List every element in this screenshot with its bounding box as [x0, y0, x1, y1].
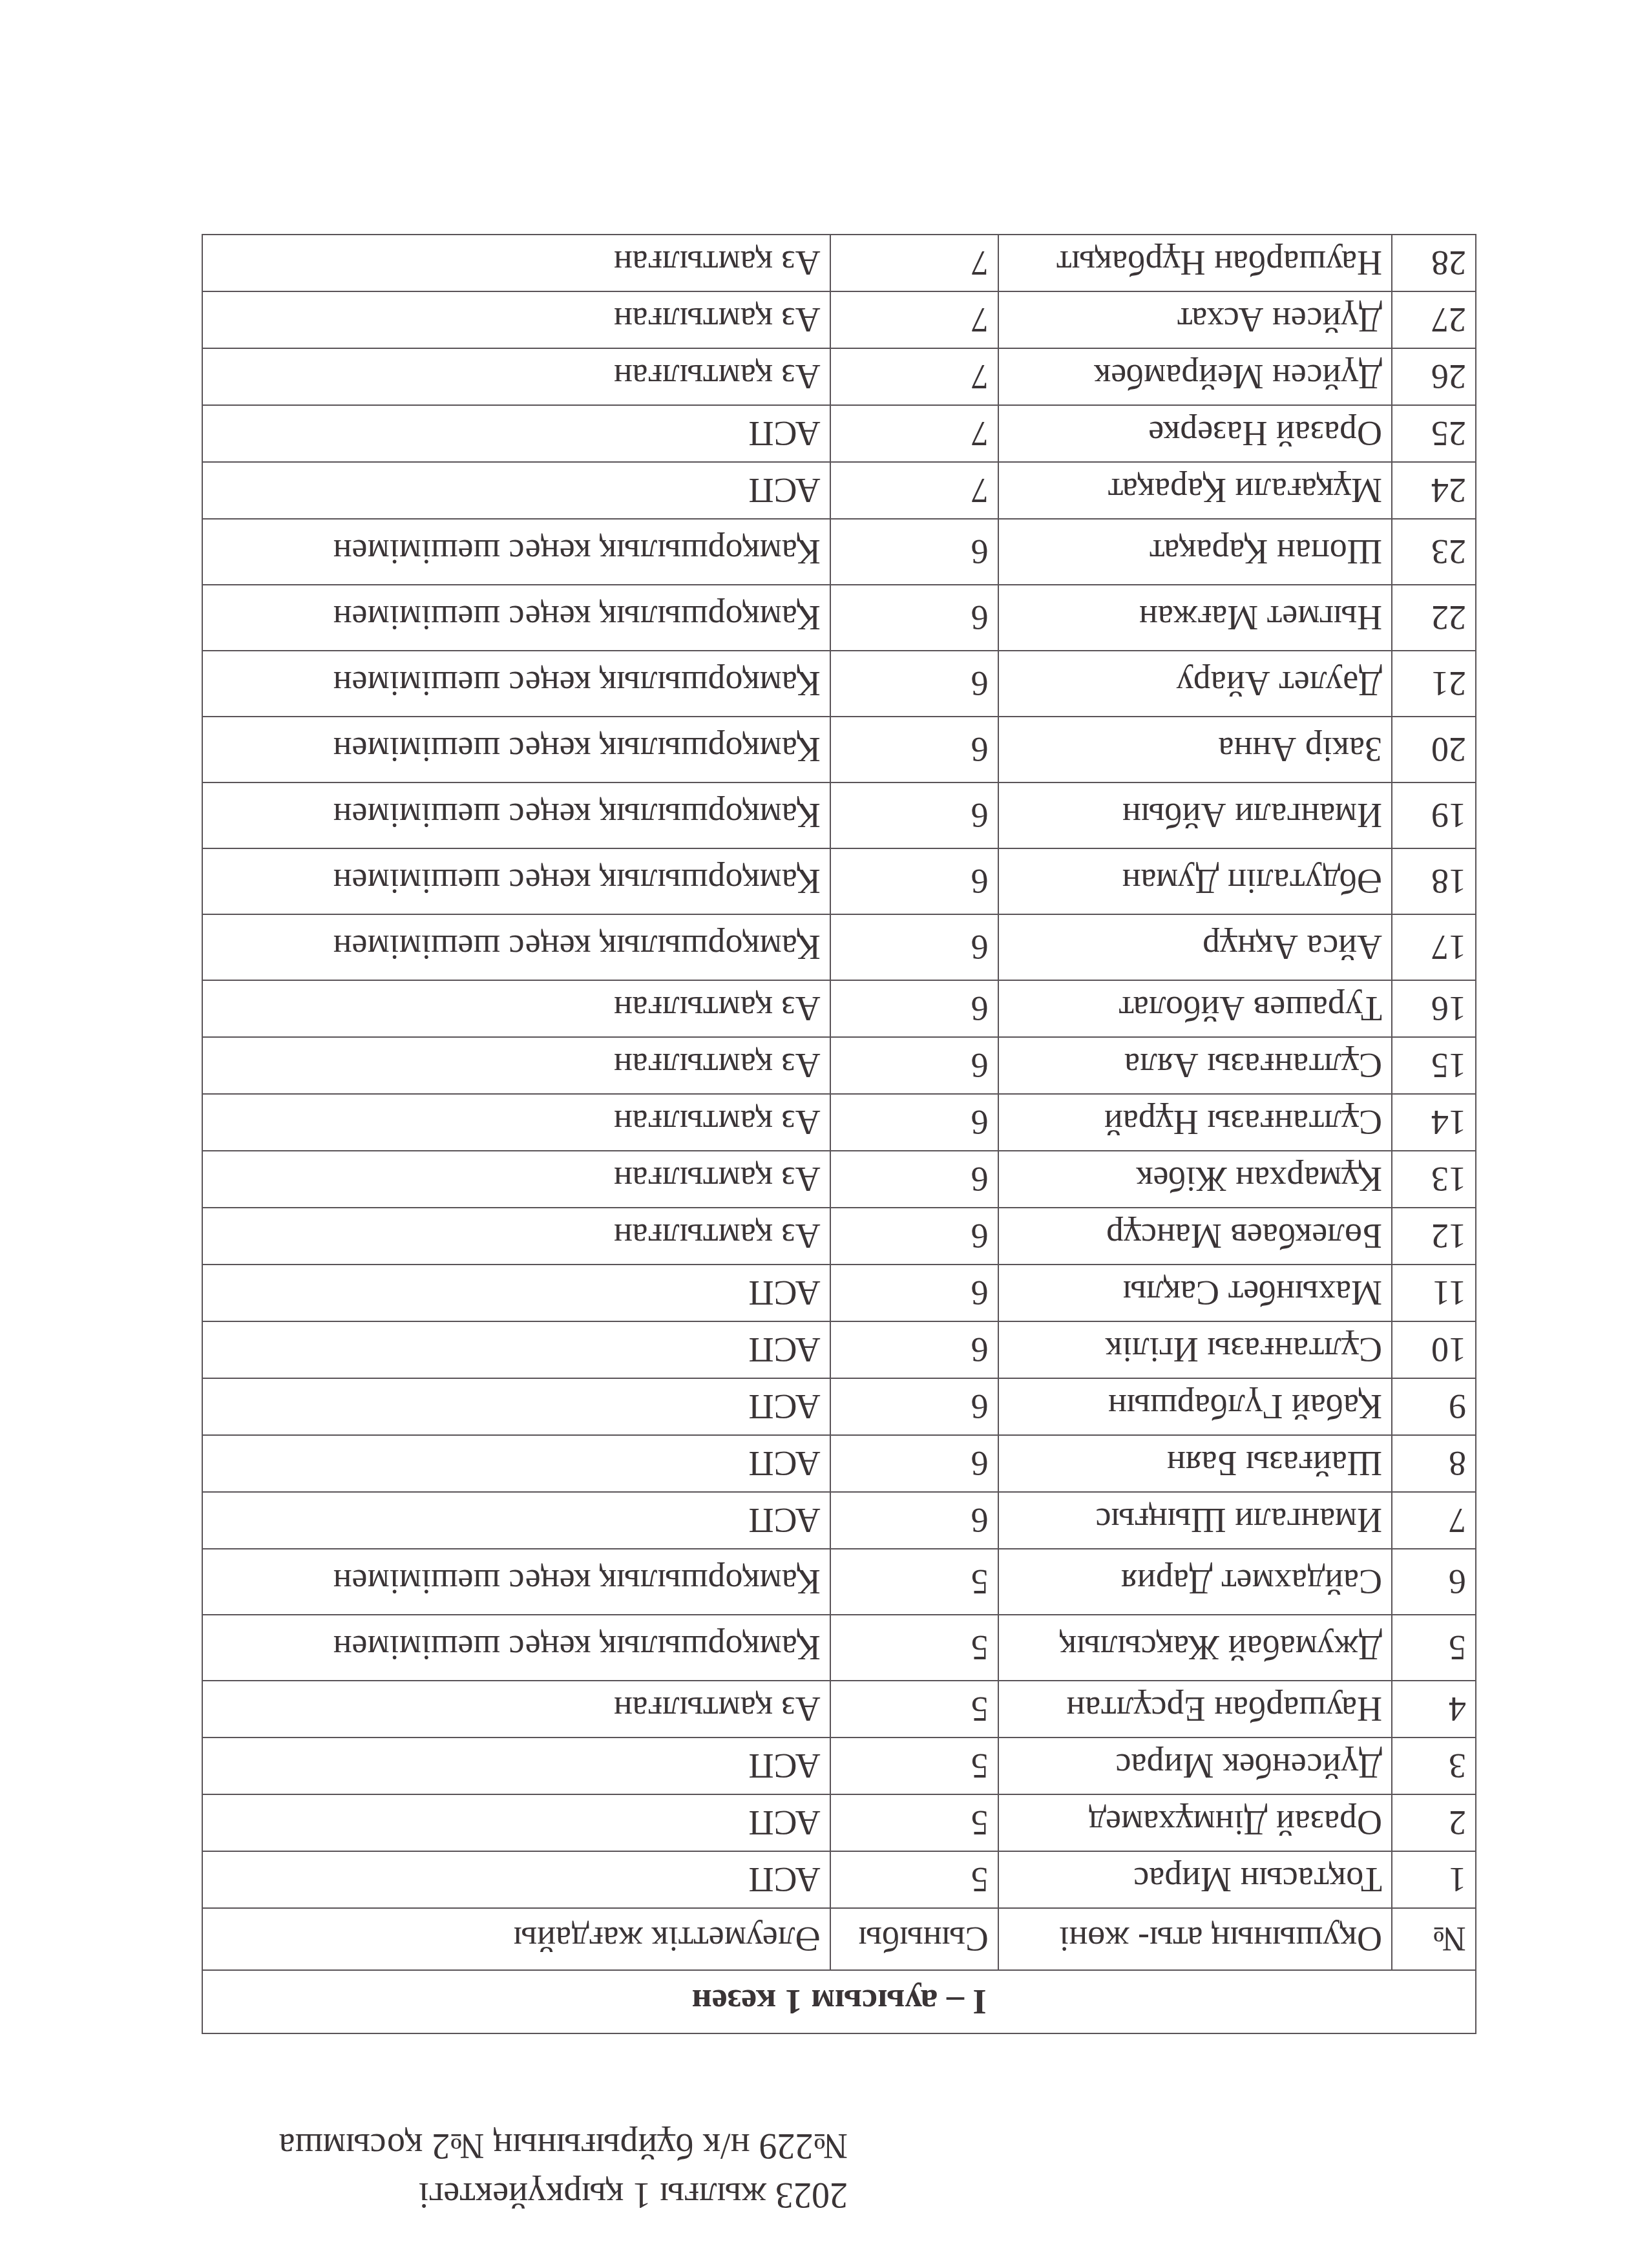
student-name: Әбдуталіп Думан: [998, 848, 1392, 914]
table-row: 2Оразай Дінмұхамед5АСП: [202, 1794, 1476, 1851]
row-number: 13: [1392, 1151, 1476, 1208]
table-row: 15Сұлтанғазы Аяла6Аз қамтылған: [202, 1037, 1476, 1094]
row-number: 11: [1392, 1265, 1476, 1321]
student-name: Дәулет Айару: [998, 651, 1392, 717]
student-grade: 6: [830, 1208, 998, 1265]
social-status: АСП: [202, 1378, 830, 1435]
table-row: 9Қабай Гүлбаршын6АСП: [202, 1378, 1476, 1435]
student-name: Сұлтанғазы Аяла: [998, 1037, 1392, 1094]
student-grade: 6: [830, 782, 998, 848]
student-name: Сұлтанғазы Нұрай: [998, 1094, 1392, 1151]
table-row: 28Наушарбан Нұрбақыт7Аз қамтылған: [202, 235, 1476, 291]
column-header-row: № Оқушының аты- жөні Сыныбы Әлеуметтік ж…: [202, 1908, 1476, 1970]
heading-date-line: 2023 жылғы 1 қыркүйектегі: [279, 2170, 848, 2220]
social-status: Аз қамтылған: [202, 1681, 830, 1738]
social-status: Қамқоршылық кеңес шешімімен: [202, 848, 830, 914]
student-name: Наушарбан Нұрбақыт: [998, 235, 1392, 291]
row-number: 20: [1392, 717, 1476, 782]
row-number: 27: [1392, 291, 1476, 348]
student-name: Тоқтасын Мирас: [998, 1851, 1392, 1908]
student-grade: 7: [830, 462, 998, 519]
student-name: Имангали Шыңғыс: [998, 1492, 1392, 1549]
student-name: Сайдахмет Дария: [998, 1549, 1392, 1615]
student-name: Мұқағали Қарақат: [998, 462, 1392, 519]
student-grade: 6: [830, 1321, 998, 1378]
table-row: 11Махынбет Сақлы6АСП: [202, 1265, 1476, 1321]
row-number: 7: [1392, 1492, 1476, 1549]
row-number: 19: [1392, 782, 1476, 848]
table-row: 14Сұлтанғазы Нұрай6Аз қамтылған: [202, 1094, 1476, 1151]
table-row: 21Дәулет Айару6Қамқоршылық кеңес шешімім…: [202, 651, 1476, 717]
row-number: 5: [1392, 1615, 1476, 1681]
student-name: Сұлтанғазы Игілік: [998, 1321, 1392, 1378]
student-name: Шопан Қарақат: [998, 519, 1392, 585]
table-row: 7Имангали Шыңғыс6АСП: [202, 1492, 1476, 1549]
heading-order-line: №229 н/к бұйрығының №2 қосымша: [279, 2121, 848, 2170]
social-status: Қамқоршылық кеңес шешімімен: [202, 717, 830, 782]
student-grade: 6: [830, 651, 998, 717]
social-status: АСП: [202, 405, 830, 462]
social-status: Аз қамтылған: [202, 235, 830, 291]
student-grade: 5: [830, 1794, 998, 1851]
student-grade: 6: [830, 1492, 998, 1549]
social-status: Аз қамтылған: [202, 1151, 830, 1208]
table-row: 8Шайғазы Баян6АСП: [202, 1435, 1476, 1492]
scanned-page: 2023 жылғы 1 қыркүйектегі №229 н/к бұйры…: [0, 0, 1649, 2268]
row-number: 17: [1392, 914, 1476, 980]
social-status: Аз қамтылған: [202, 1208, 830, 1265]
row-number: 28: [1392, 235, 1476, 291]
section-title-row: I – ауысым 1 кезен: [202, 1970, 1476, 2033]
row-number: 18: [1392, 848, 1476, 914]
student-grade: 6: [830, 1265, 998, 1321]
column-header-number: №: [1392, 1908, 1476, 1970]
section-title: I – ауысым 1 кезен: [202, 1970, 1476, 2033]
table-row: 1Тоқтасын Мирас5АСП: [202, 1851, 1476, 1908]
social-status: АСП: [202, 1321, 830, 1378]
student-name: Махынбет Сақлы: [998, 1265, 1392, 1321]
social-status: АСП: [202, 1492, 830, 1549]
student-grade: 6: [830, 848, 998, 914]
table-row: 26Дүйсен Мейрамбек7Аз қамтылған: [202, 348, 1476, 405]
row-number: 23: [1392, 519, 1476, 585]
row-number: 22: [1392, 585, 1476, 651]
student-grade: 6: [830, 1151, 998, 1208]
roster-body: 1Тоқтасын Мирас5АСП2Оразай Дінмұхамед5АС…: [202, 235, 1476, 1908]
student-grade: 5: [830, 1549, 998, 1615]
student-grade: 6: [830, 1094, 998, 1151]
student-grade: 5: [830, 1681, 998, 1738]
social-status: Қамқоршылық кеңес шешімімен: [202, 519, 830, 585]
student-name: Турашев Айболат: [998, 980, 1392, 1037]
row-number: 2: [1392, 1794, 1476, 1851]
student-name: Имангали Айбын: [998, 782, 1392, 848]
social-status: АСП: [202, 462, 830, 519]
row-number: 24: [1392, 462, 1476, 519]
row-number: 10: [1392, 1321, 1476, 1378]
student-name: Джумабай Жақсылық: [998, 1615, 1392, 1681]
student-name: Дүйсенбек Мирас: [998, 1738, 1392, 1794]
row-number: 14: [1392, 1094, 1476, 1151]
social-status: Аз қамтылған: [202, 348, 830, 405]
social-status: Қамқоршылық кеңес шешімімен: [202, 914, 830, 980]
student-grade: 7: [830, 348, 998, 405]
student-grade: 6: [830, 717, 998, 782]
row-number: 1: [1392, 1851, 1476, 1908]
table-row: 18Әбдуталіп Думан6Қамқоршылық кеңес шеші…: [202, 848, 1476, 914]
student-grade: 6: [830, 585, 998, 651]
document-heading: 2023 жылғы 1 қыркүйектегі №229 н/к бұйры…: [279, 2121, 848, 2220]
student-name: Құмархан Жібек: [998, 1151, 1392, 1208]
table-row: 16Турашев Айболат6Аз қамтылған: [202, 980, 1476, 1037]
column-header-name: Оқушының аты- жөні: [998, 1908, 1392, 1970]
student-name: Айса Ақнұр: [998, 914, 1392, 980]
table-row: 25Оразай Назерке7АСП: [202, 405, 1476, 462]
social-status: Қамқоршылық кеңес шешімімен: [202, 585, 830, 651]
row-number: 12: [1392, 1208, 1476, 1265]
row-number: 21: [1392, 651, 1476, 717]
student-name: Шайғазы Баян: [998, 1435, 1392, 1492]
column-header-grade: Сыныбы: [830, 1908, 998, 1970]
table-row: 17Айса Ақнұр6Қамқоршылық кеңес шешімімен: [202, 914, 1476, 980]
student-name: Закір Анна: [998, 717, 1392, 782]
table-row: 3Дүйсенбек Мирас5АСП: [202, 1738, 1476, 1794]
social-status: АСП: [202, 1738, 830, 1794]
column-header-status: Әлеуметтік жағдайы: [202, 1908, 830, 1970]
social-status: АСП: [202, 1794, 830, 1851]
row-number: 8: [1392, 1435, 1476, 1492]
social-status: АСП: [202, 1265, 830, 1321]
student-name: Бөлекбаев Мансұр: [998, 1208, 1392, 1265]
social-status: Қамқоршылық кеңес шешімімен: [202, 1615, 830, 1681]
student-grade: 6: [830, 1435, 998, 1492]
table-row: 5Джумабай Жақсылық5Қамқоршылық кеңес шеш…: [202, 1615, 1476, 1681]
student-grade: 6: [830, 519, 998, 585]
row-number: 6: [1392, 1549, 1476, 1615]
table-row: 23Шопан Қарақат6Қамқоршылық кеңес шешімі…: [202, 519, 1476, 585]
social-status: Қамқоршылық кеңес шешімімен: [202, 1549, 830, 1615]
table-row: 12Бөлекбаев Мансұр6Аз қамтылған: [202, 1208, 1476, 1265]
row-number: 4: [1392, 1681, 1476, 1738]
social-status: Аз қамтылған: [202, 1037, 830, 1094]
table-row: 24Мұқағали Қарақат7АСП: [202, 462, 1476, 519]
social-status: АСП: [202, 1435, 830, 1492]
table-row: 19Имангали Айбын6Қамқоршылық кеңес шешім…: [202, 782, 1476, 848]
table-row: 4Наушарбан Ерсұлтан5Аз қамтылған: [202, 1681, 1476, 1738]
table-row: 22Ныгмет Мағжан6Қамқоршылық кеңес шешімі…: [202, 585, 1476, 651]
student-grade: 6: [830, 1037, 998, 1094]
social-status: Қамқоршылық кеңес шешімімен: [202, 782, 830, 848]
social-status: Аз қамтылған: [202, 1094, 830, 1151]
row-number: 25: [1392, 405, 1476, 462]
student-name: Дүйсен Асхат: [998, 291, 1392, 348]
student-grade: 7: [830, 235, 998, 291]
student-grade: 7: [830, 405, 998, 462]
table-row: 13Құмархан Жібек6Аз қамтылған: [202, 1151, 1476, 1208]
table-row: 10Сұлтанғазы Игілік6АСП: [202, 1321, 1476, 1378]
table-row: 20Закір Анна6Қамқоршылық кеңес шешімімен: [202, 717, 1476, 782]
student-name: Оразай Назерке: [998, 405, 1392, 462]
social-status: Аз қамтылған: [202, 291, 830, 348]
student-grade: 7: [830, 291, 998, 348]
row-number: 26: [1392, 348, 1476, 405]
row-number: 9: [1392, 1378, 1476, 1435]
student-name: Оразай Дінмұхамед: [998, 1794, 1392, 1851]
row-number: 15: [1392, 1037, 1476, 1094]
table-row: 6Сайдахмет Дария5Қамқоршылық кеңес шешім…: [202, 1549, 1476, 1615]
student-grade: 5: [830, 1851, 998, 1908]
student-grade: 6: [830, 980, 998, 1037]
table-row: 27Дүйсен Асхат7Аз қамтылған: [202, 291, 1476, 348]
student-roster-table: I – ауысым 1 кезен № Оқушының аты- жөні …: [202, 234, 1476, 2034]
social-status: АСП: [202, 1851, 830, 1908]
social-status: Аз қамтылған: [202, 980, 830, 1037]
student-grade: 5: [830, 1738, 998, 1794]
student-grade: 5: [830, 1615, 998, 1681]
student-name: Ныгмет Мағжан: [998, 585, 1392, 651]
social-status: Қамқоршылық кеңес шешімімен: [202, 651, 830, 717]
student-grade: 6: [830, 914, 998, 980]
student-name: Дүйсен Мейрамбек: [998, 348, 1392, 405]
student-grade: 6: [830, 1378, 998, 1435]
student-name: Наушарбан Ерсұлтан: [998, 1681, 1392, 1738]
row-number: 3: [1392, 1738, 1476, 1794]
row-number: 16: [1392, 980, 1476, 1037]
student-name: Қабай Гүлбаршын: [998, 1378, 1392, 1435]
